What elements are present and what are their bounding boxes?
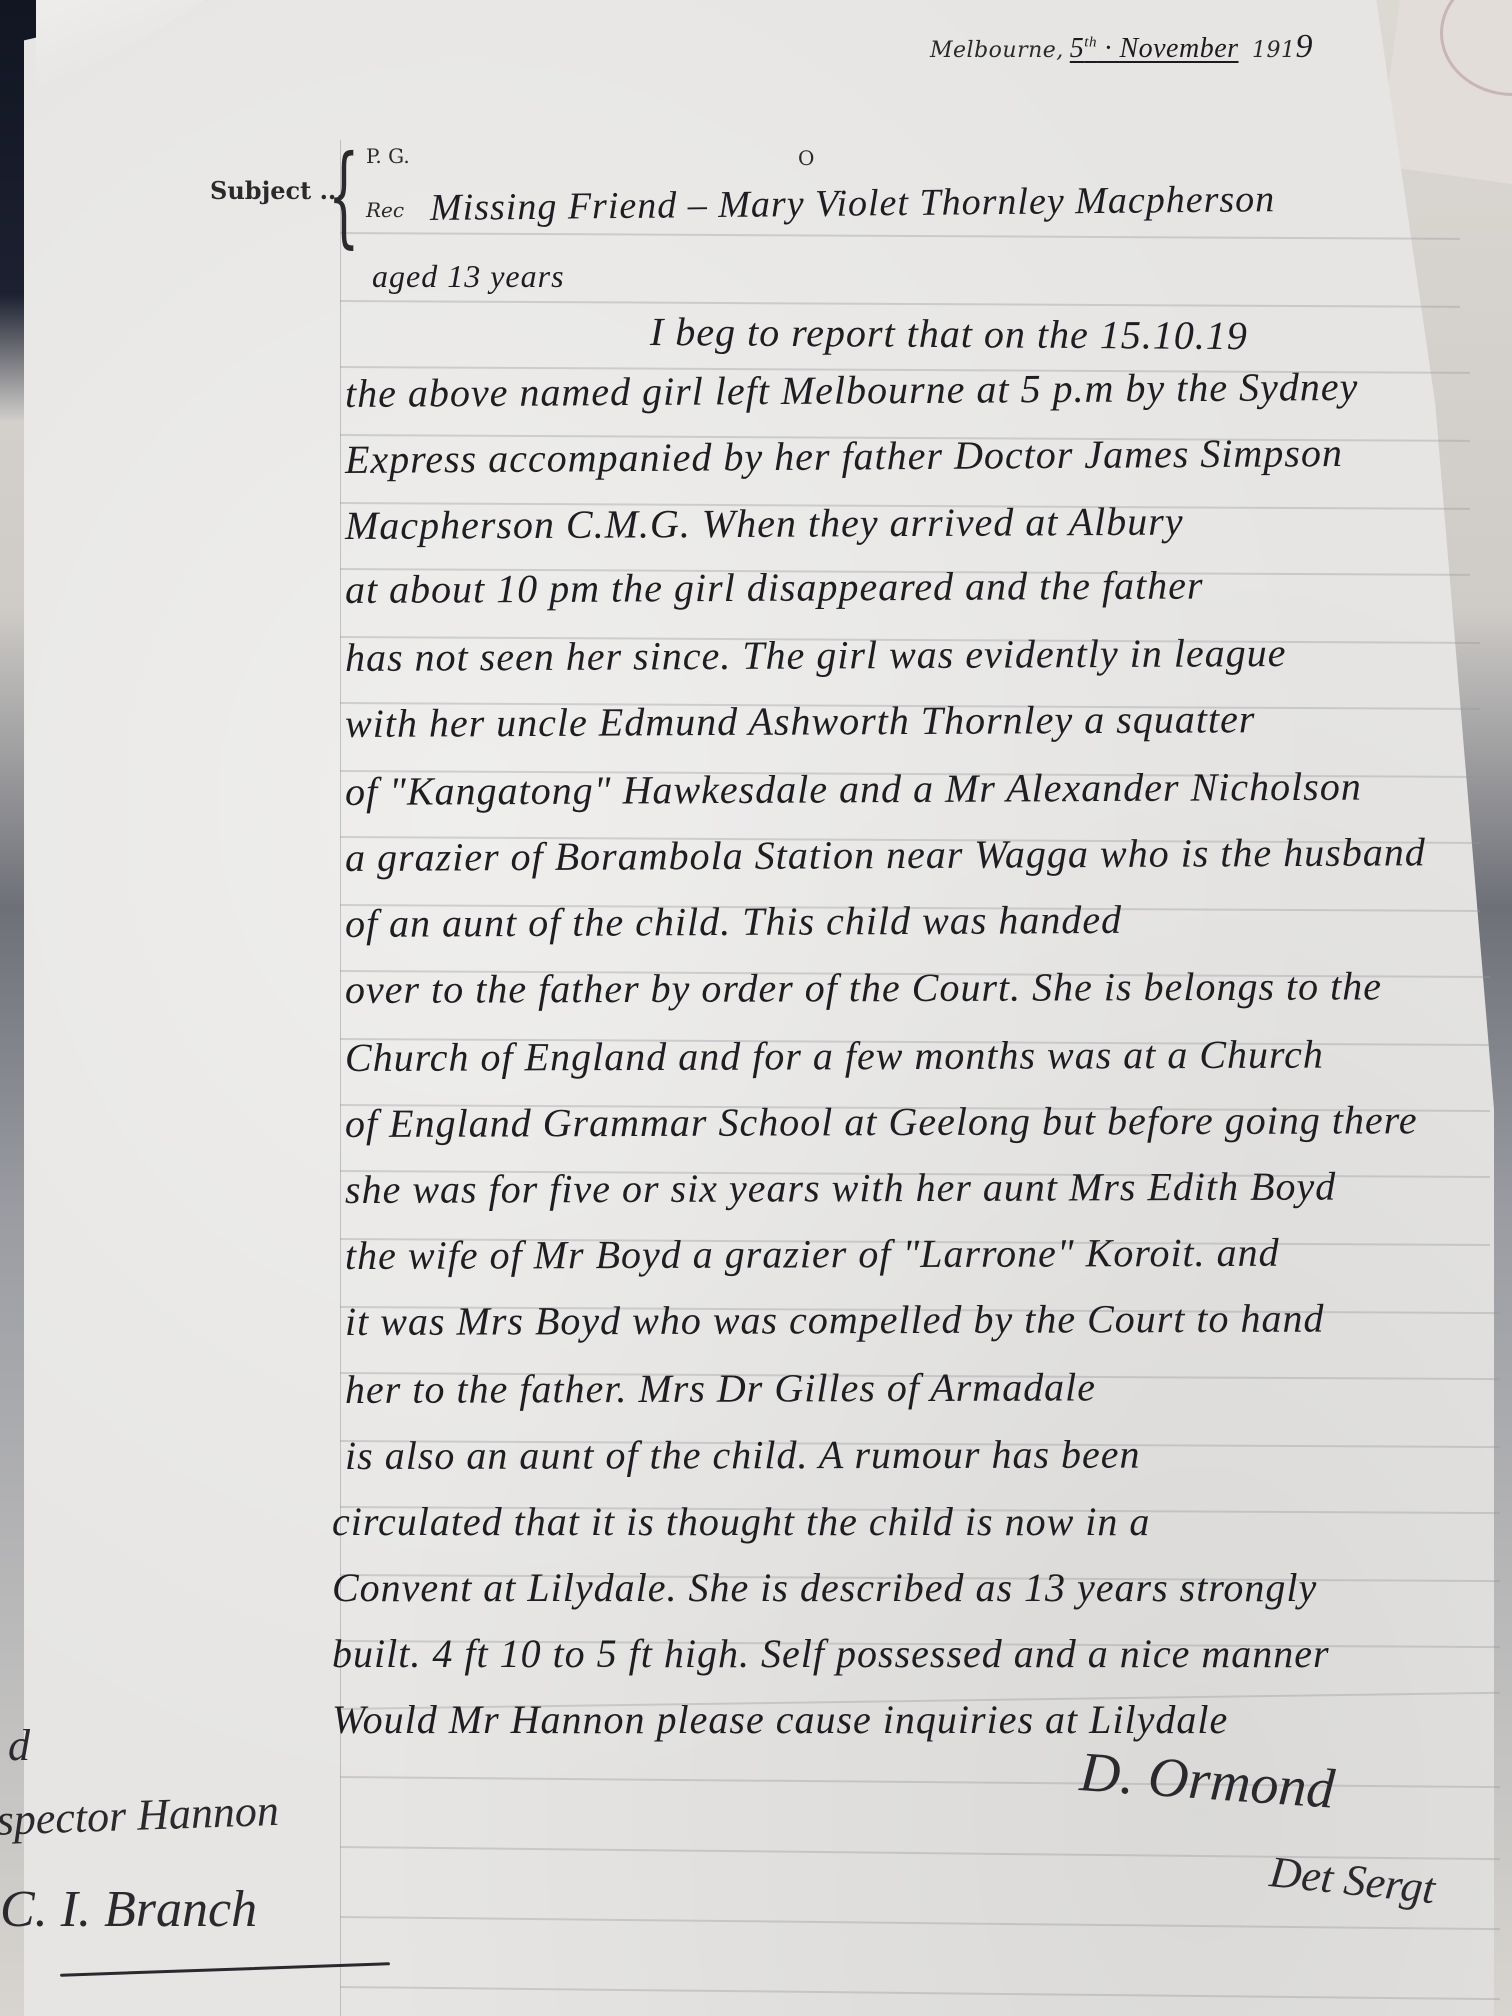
- body-line: of "Kangatong" Hawkesdale and a Mr Alexa…: [345, 763, 1362, 815]
- body-line: Express accompanied by her father Doctor…: [345, 429, 1343, 483]
- body-line: Macpherson C.M.G. When they arrived at A…: [345, 498, 1184, 549]
- date-day-suffix: th: [1084, 35, 1097, 51]
- place-label: Melbourne,: [930, 38, 1064, 63]
- body-line: of an aunt of the child. This child was …: [345, 896, 1122, 947]
- body-line: the above named girl left Melbourne at 5…: [345, 363, 1359, 417]
- date-day: 5: [1070, 33, 1085, 64]
- body-line: over to the father by order of the Court…: [345, 962, 1382, 1013]
- photo-scene: Melbourne,5th · November 1919 Subject ..…: [0, 0, 1512, 2016]
- body-line: Church of England and for a few months w…: [345, 1031, 1324, 1081]
- annotation-line-1: d: [8, 1720, 30, 1771]
- body-line: has not seen her since. The girl was evi…: [345, 629, 1287, 681]
- body-line: Convent at Lilydale. She is described as…: [332, 1564, 1317, 1611]
- subject-line-1: Missing Friend – Mary Violet Thornley Ma…: [430, 177, 1276, 230]
- rec-label: Rec: [366, 198, 404, 222]
- body-line: is also an aunt of the child. A rumour h…: [345, 1431, 1141, 1479]
- date-month: November: [1119, 33, 1238, 64]
- year-printed: 191: [1252, 38, 1296, 63]
- body-line: built. 4 ft 10 to 5 ft high. Self posses…: [332, 1630, 1330, 1677]
- year-handwritten: 9: [1296, 28, 1314, 65]
- body-line: Would Mr Hannon please cause inquiries a…: [332, 1696, 1228, 1743]
- body-line: I beg to report that on the 15.10.19: [650, 308, 1248, 359]
- pg-label: P. G.: [366, 144, 410, 168]
- brace-symbol: {: [328, 140, 360, 250]
- o-label: O: [798, 146, 814, 170]
- body-line: the wife of Mr Boyd a grazier of "Larron…: [345, 1229, 1280, 1279]
- body-line: circulated that it is thought the child …: [332, 1498, 1150, 1545]
- date-line: Melbourne,5th · November 1919: [930, 28, 1313, 66]
- body-line: of England Grammar School at Geelong but…: [345, 1096, 1418, 1147]
- annotation-line-3: C. I. Branch: [0, 1880, 257, 1939]
- subject-label: Subject ...: [210, 176, 345, 205]
- body-line: her to the father. Mrs Dr Gilles of Arma…: [345, 1363, 1096, 1413]
- subject-line-2: aged 13 years: [372, 258, 565, 295]
- body-line: at about 10 pm the girl disappeared and …: [345, 562, 1204, 613]
- body-line: with her uncle Edmund Ashworth Thornley …: [345, 695, 1256, 747]
- date-handwritten: 5th · November: [1064, 33, 1245, 64]
- body-line: it was Mrs Boyd who was compelled by the…: [345, 1295, 1325, 1345]
- body-line: she was for five or six years with her a…: [345, 1163, 1336, 1213]
- body-line: a grazier of Borambola Station near Wagg…: [345, 828, 1426, 881]
